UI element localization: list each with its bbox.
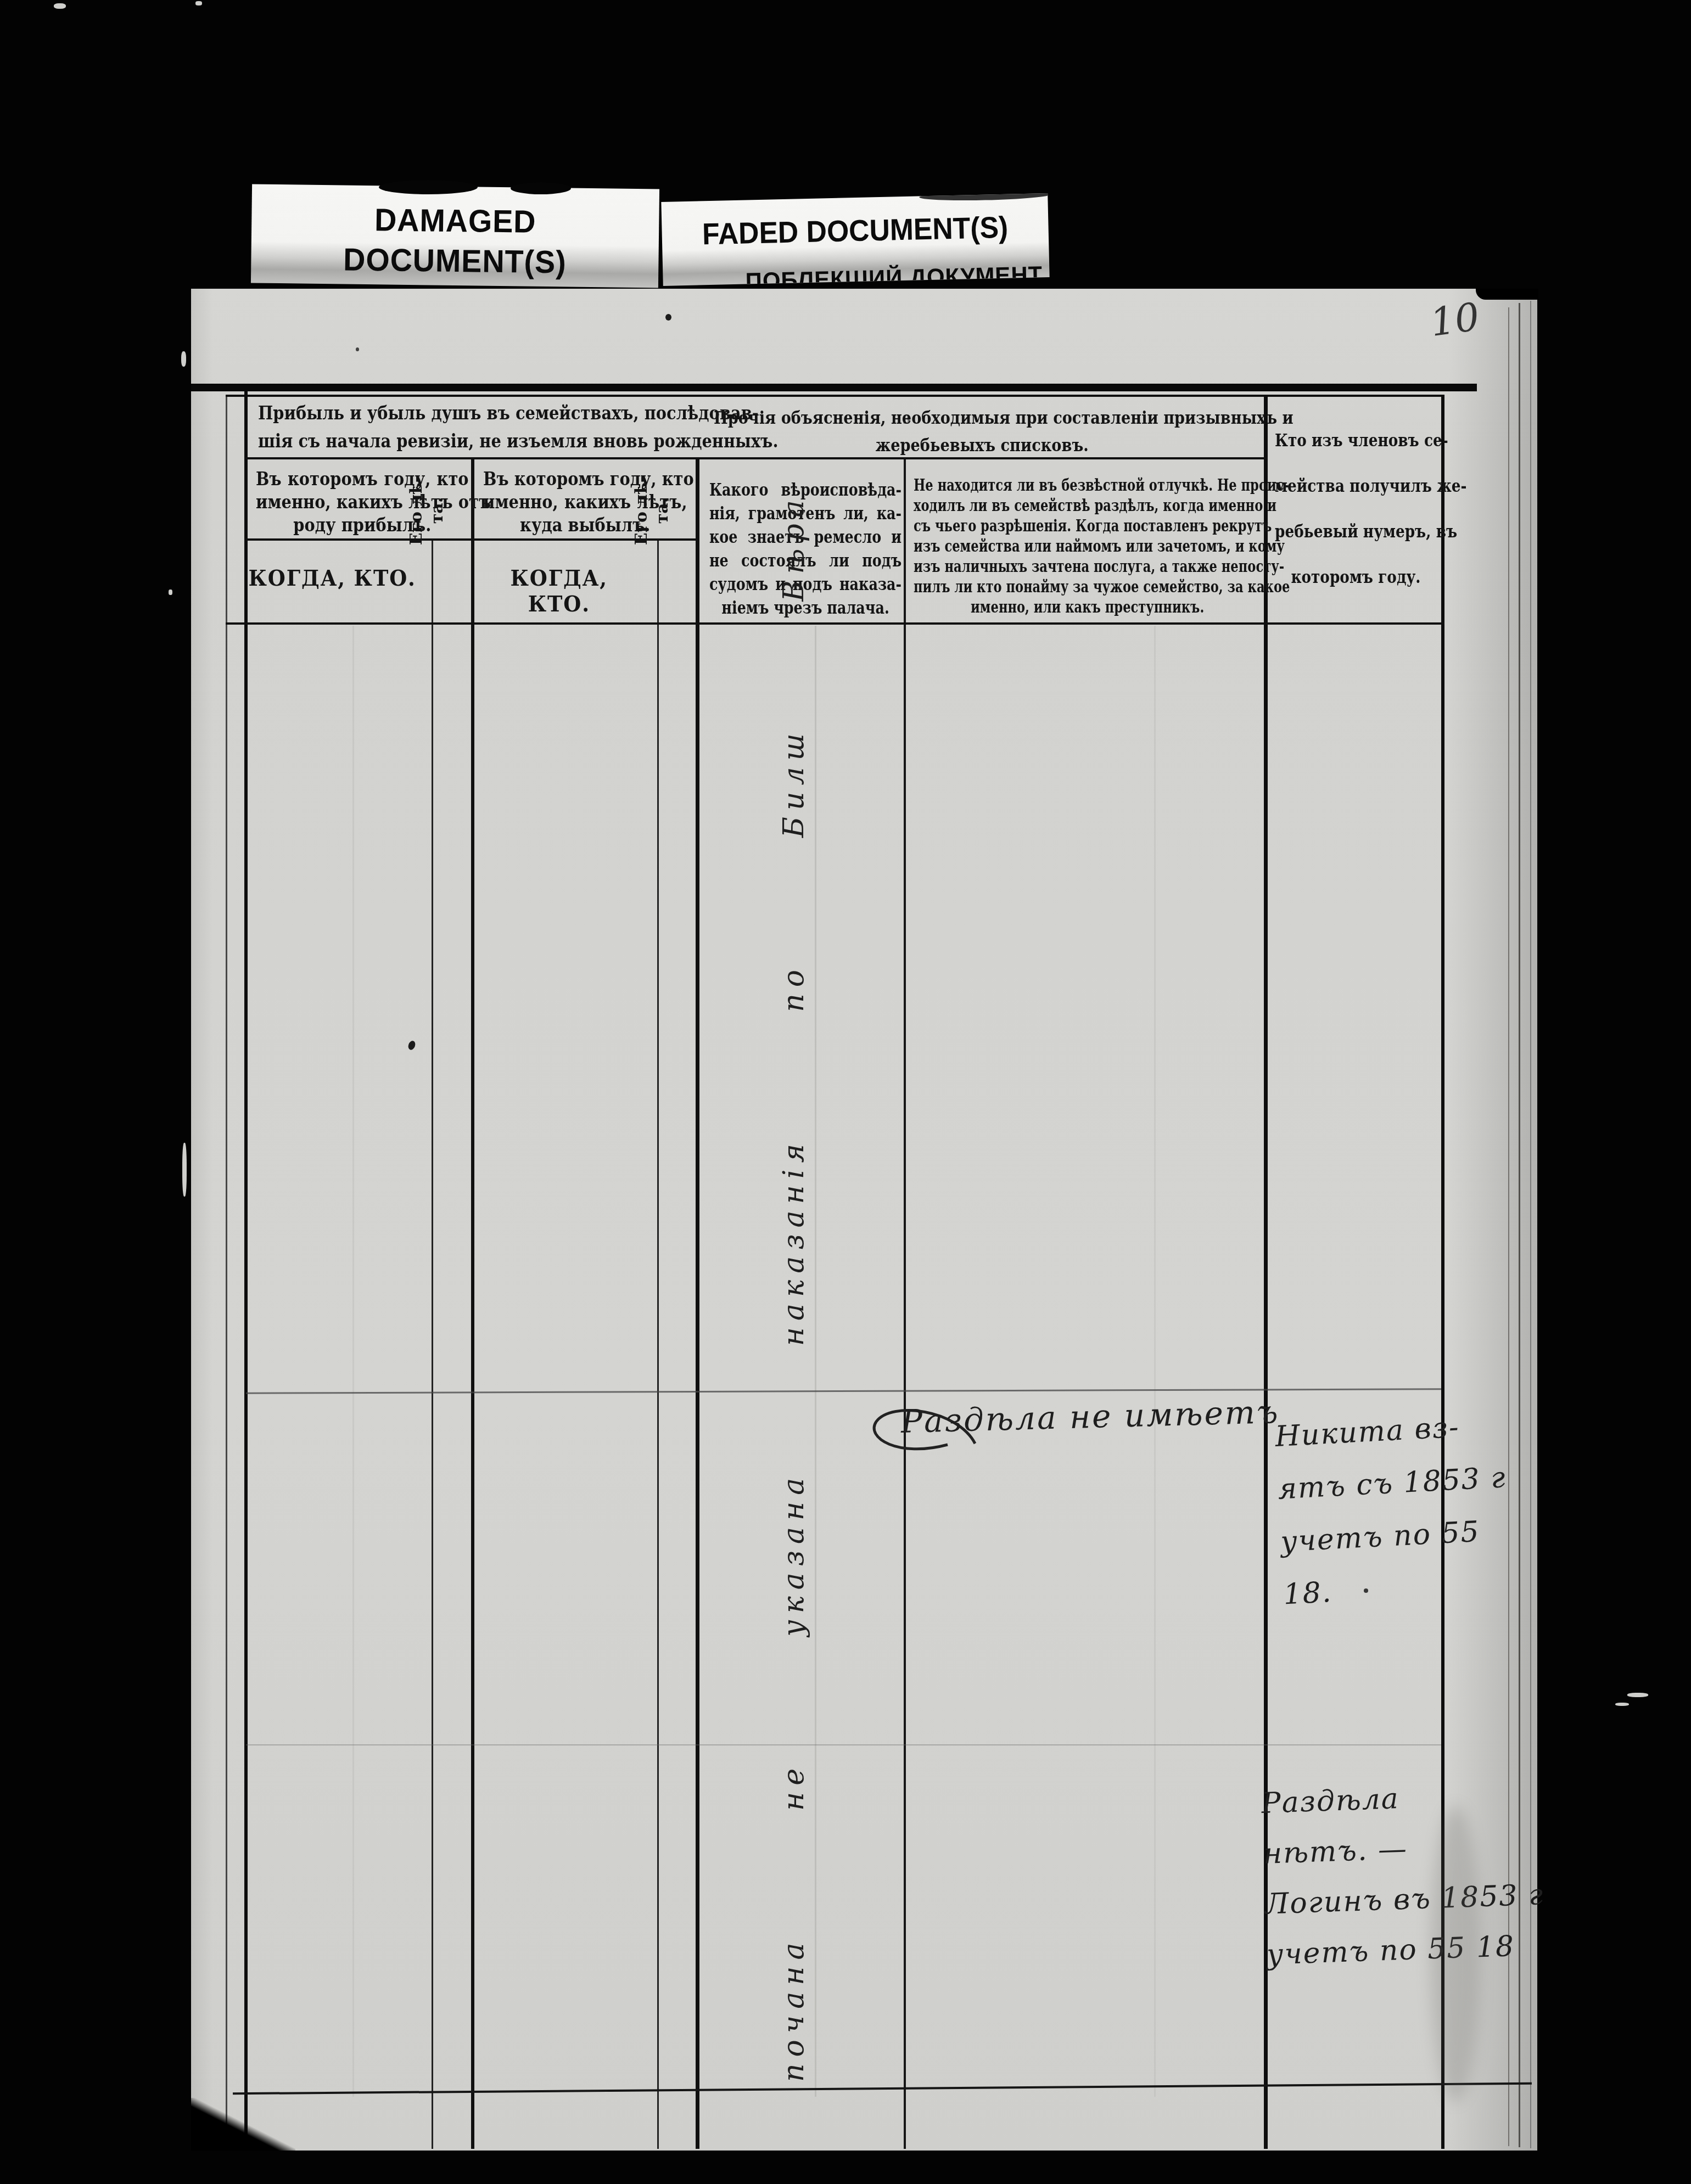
faded-sticker: FADED DOCUMENT(S) ПОБЛЕКШИЙ ДОКУМЕНТ(Ы) xyxy=(661,193,1049,286)
column-divider-age-right xyxy=(657,538,659,2149)
header-lottery-number: Кто изъ членовъ се-мейства получилъ же-р… xyxy=(1275,418,1437,600)
film-speck xyxy=(1615,1703,1629,1706)
damaged-sticker: DAMAGEDDOCUMENT(S) xyxy=(251,184,659,288)
page-number: 10 xyxy=(1427,294,1482,346)
paper-crease xyxy=(1154,626,1156,2097)
column-divider-religion-family xyxy=(904,457,906,2149)
table-top-border-inner xyxy=(226,395,1444,397)
header-age-departed: Его лѣ-та. xyxy=(631,464,673,557)
handwritten-lottery-note-upper: Никита вз-ятъ съ 1853 гучетъ по 5518. xyxy=(1274,1399,1515,1621)
ink-dot xyxy=(356,347,359,351)
header-arrivals-departures: Прибыль и убыль душъ въ семействахъ, пос… xyxy=(258,400,681,456)
table-top-border xyxy=(191,384,1477,391)
table-border-left xyxy=(244,391,248,2149)
ink-dot xyxy=(665,314,671,321)
damaged-sticker-label: DAMAGEDDOCUMENT(S) xyxy=(259,184,651,284)
margin-line xyxy=(226,397,227,2149)
scan-shadow xyxy=(1431,1806,1480,2102)
header-when-who-arrived: КОГДА, КТО. xyxy=(248,565,417,591)
faded-sticker-clipped-text: ПОБЛЕКШИЙ ДОКУМЕНТ(Ы) xyxy=(745,261,1042,284)
header-bottom-line xyxy=(226,622,1444,625)
film-speck xyxy=(195,1,202,5)
ink-dot xyxy=(1364,1588,1368,1593)
page-corner-notch xyxy=(1476,289,1538,300)
film-speck xyxy=(169,589,172,595)
scanned-document-photo: DAMAGEDDOCUMENT(S) FADED DOCUMENT(S) ПОБ… xyxy=(0,0,1691,2184)
paper-crease xyxy=(815,626,816,2097)
header-other-explanations: Прочія объясненія, необходимыя при соста… xyxy=(714,404,1251,459)
header-column-mark: 3 xyxy=(903,413,911,427)
sticker-tear-blob xyxy=(379,180,478,194)
header-when-who-departed: КОГДА, КТО. xyxy=(475,565,643,617)
film-speck xyxy=(54,3,66,9)
header-age-arrived: Его лѣ-та. xyxy=(406,464,448,557)
paper-crease xyxy=(352,626,354,2097)
row-line-2 xyxy=(246,1744,1441,1745)
page-edge-line xyxy=(1530,301,1531,2148)
sticker-tear-blob xyxy=(511,182,571,194)
faded-sticker-label: FADED DOCUMENT(S) xyxy=(673,194,1037,252)
handwritten-lottery-note-lower: Раздѣланѣтъ. —Логинъ въ 1853 гучетъ по 5… xyxy=(1261,1770,1526,1980)
film-speck xyxy=(1627,1693,1648,1697)
column-divider-departed-religion xyxy=(696,457,699,2149)
film-speck xyxy=(181,351,186,367)
handwritten-religion-note-vertical: почана не указана наказанія по Билш Вѣра xyxy=(777,647,810,2082)
page-corner-shadow xyxy=(191,2098,295,2151)
header-family-division: Не находится ли въ безвѣстной отлучкѣ. Н… xyxy=(914,475,1261,617)
film-speck xyxy=(182,1143,187,1197)
column-divider-arrived-departed xyxy=(471,457,474,2149)
column-divider-age-left xyxy=(432,538,433,2149)
